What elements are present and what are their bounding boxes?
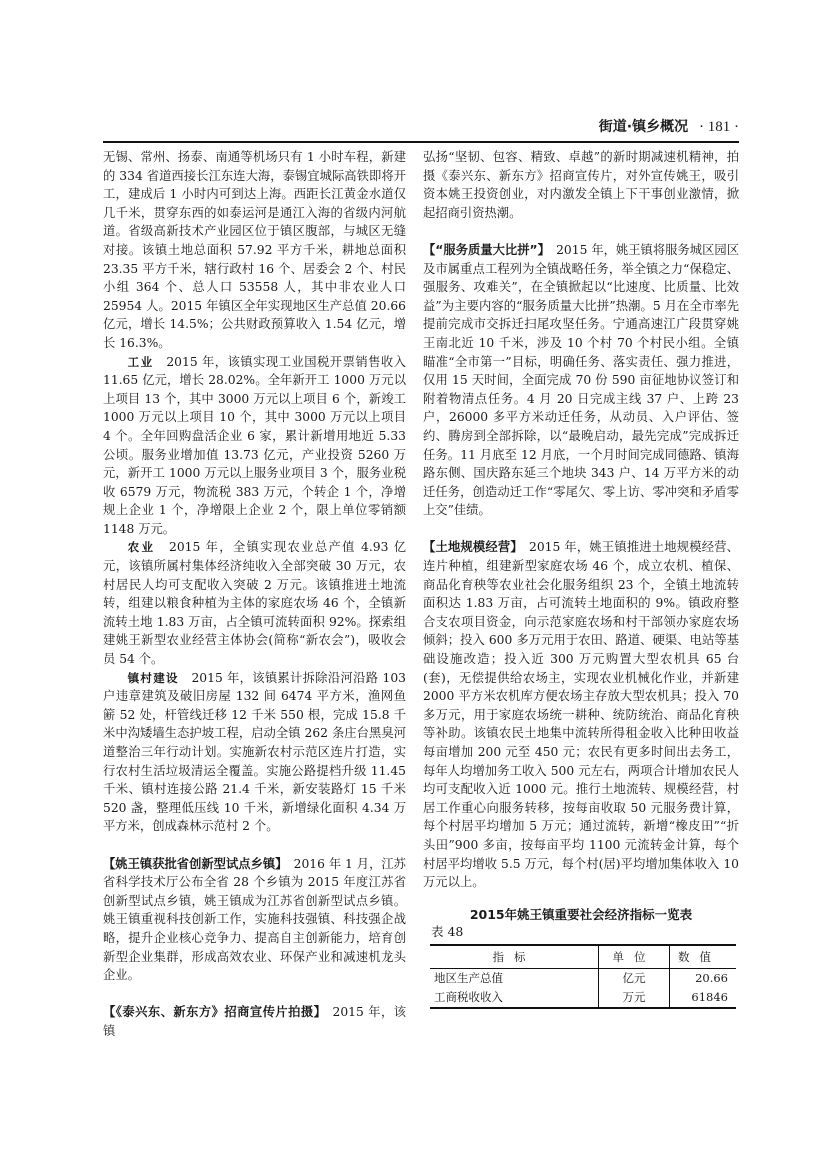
cell-value: 61846 [670,988,737,1008]
table-number: 表 48 [431,924,739,940]
cell-unit: 亿元 [599,969,670,988]
construction-paragraph: 镇村建设 2015 年，该镇累计拆除沿河沿路 103 户违章建筑及破旧房屋 13… [103,669,406,836]
film-paragraph: 【《泰兴东、新东方》招商宣传片拍摄】 2015 年，该镇 [103,1003,406,1040]
construction-text: 2015 年，该镇累计拆除沿河沿路 103 户违章建筑及破旧房屋 132 间 6… [103,671,406,834]
spacer [423,892,739,902]
column-header-unit: 单位 [599,945,670,969]
innovation-text: 2016 年 1 月，江苏省科学技术厅公布全省 28 个乡镇为 2015 年度江… [103,857,406,983]
spacer [423,222,739,241]
construction-label: 镇村建设 [128,671,179,685]
agriculture-text: 2015 年，全镇实现农业总产值 4.93 亿元，该镇所属村集体经济纯收入全部突… [103,540,406,666]
service-text: 2015 年，姚王镇将服务城区园区及市属重点工程列为全镇战略任务，举全镇之力“保… [423,243,739,517]
spacer [103,985,406,1004]
header-rule [103,141,739,143]
innovation-paragraph: 【姚王镇获批省创新型试点乡镇】 2016 年 1 月，江苏省科学技术厅公布全省 … [103,855,406,985]
intro-paragraph: 无锡、常州、扬泰、南通等机场只有 1 小时车程，新建的 334 省道西接长江东连… [103,148,406,353]
page-number: · 181 · [699,119,739,135]
table-row: 地区生产总值 亿元 20.66 [430,969,736,988]
table-header-row: 指标 单位 数值 [430,945,736,969]
left-column: 无锡、常州、扬泰、南通等机场只有 1 小时车程，新建的 334 省道西接长江东连… [103,148,406,1041]
spacer [103,836,406,855]
land-paragraph: 【土地规模经营】 2015 年，姚王镇推进土地规模经营、连片种植，组建新型家庭农… [423,538,739,891]
table-row: 工商税收收入 万元 61846 [430,988,736,1008]
agriculture-paragraph: 农业 2015 年，全镇实现农业总产值 4.93 亿元，该镇所属村集体经济纯收入… [103,538,406,668]
page-header: 街道·镇乡概况 · 181 · [103,112,739,138]
land-heading: 【土地规模经营】 [423,540,523,554]
indicator-table: 指标 单位 数值 地区生产总值 亿元 20.66 工商税收收入 万元 61846 [430,944,736,1008]
industry-text: 2015 年，该镇实现工业国税开票销售收入 11.65 亿元，增长 28.02%… [103,355,406,536]
industry-paragraph: 工业 2015 年，该镇实现工业国税开票销售收入 11.65 亿元，增长 28.… [103,353,406,539]
service-paragraph: 【“服务质量大比拼”】 2015 年，姚王镇将服务城区园区及市属重点工程列为全镇… [423,241,739,520]
land-text: 2015 年，姚王镇推进土地规模经营、连片种植，组建新型家庭农场 46 个，成立… [423,540,739,889]
cell-indicator: 工商税收收入 [430,988,599,1008]
cell-value: 20.66 [670,969,737,988]
table-title: 2015年姚王镇重要社会经济指标一览表 [423,906,739,925]
spacer [423,520,739,539]
cell-indicator: 地区生产总值 [430,969,599,988]
running-header: 街道·镇乡概况 · 181 · [599,116,739,136]
cell-unit: 万元 [599,988,670,1008]
column-header-value: 数值 [670,945,737,969]
column-header-indicator: 指标 [430,945,599,969]
right-column: 弘扬“坚韧、包容、精致、卓越”的新时期减速机精神，拍摄《泰兴东、新东方》招商宣传… [423,148,739,1009]
innovation-heading: 【姚王镇获批省创新型试点乡镇】 [103,857,287,871]
film-paragraph-continued: 弘扬“坚韧、包容、精致、卓越”的新时期减速机精神，拍摄《泰兴东、新东方》招商宣传… [423,148,739,222]
film-heading: 【《泰兴东、新东方》招商宣传片拍摄】 [103,1005,326,1019]
agriculture-label: 农业 [128,540,156,554]
section-title: 街道·镇乡概况 [599,119,688,135]
service-heading: 【“服务质量大比拼”】 [423,243,550,257]
industry-label: 工业 [128,355,154,369]
